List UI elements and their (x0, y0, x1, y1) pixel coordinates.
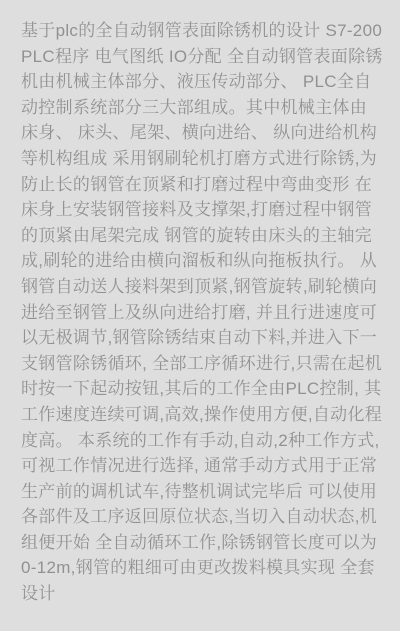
text-line: 各部件及工序返回原位状态,当切入自动状态,机 (21, 504, 386, 530)
text-line: 支钢管除锈循环, 全部工序循环进行,只需在起机 (21, 351, 386, 377)
text-line: 组便开始 全自动循环工作,除锈钢管长度可以为 (21, 530, 386, 556)
text-line: 以无极调节,钢管除锈结束自动下料,并进入下一 (21, 325, 386, 351)
text-line: 等机构组成 采用钢刷轮机打磨方式进行除锈,为 (21, 146, 386, 172)
text-line: 的顶紧由尾架完成 钢管的旋转由床头的主轴完 (21, 223, 386, 249)
text-line: 动控制系统部分三大部组成。其中机械主体由 (21, 95, 386, 121)
text-line: 机由机械主体部分、液压传动部分、 PLC全自 (21, 69, 386, 95)
text-line: 成,刷轮的进给由横向溜板和纵向拖板执行。 从 (21, 248, 386, 274)
text-line: 床身上安装钢管接料及支撑架,打磨过程中钢管 (21, 197, 386, 223)
text-line: 生产前的调机试车,待整机调试完毕后 可以使用 (21, 479, 386, 505)
text-line: 可视工作情况进行选择, 通常手动方式用于正常 (21, 453, 386, 479)
text-line: 钢管自动送人接料架到顶紧,钢管旋转,刷轮横向 (21, 274, 386, 300)
text-line: 设计 (21, 581, 386, 607)
document-page: 基于plc的全自动钢管表面除锈机的设计 S7-200 PLC程序 电气图纸 IO… (0, 0, 400, 631)
text-line: 度高。 本系统的工作有手动,自动,2种工作方式, (21, 428, 386, 454)
text-line: 时按一下起动按钮,其后的工作全由PLC控制, 其 (21, 376, 386, 402)
text-line: 床身、 床头、尾架、横向进给、 纵向进给机构 (21, 120, 386, 146)
text-line: PLC程序 电气图纸 IO分配 全自动钢管表面除锈 (21, 44, 386, 70)
text-line: 0-12m,钢管的粗细可由更改拨料模具实现 全套 (21, 555, 386, 581)
text-line: 工作速度连续可调,高效,操作使用方便,自动化程 (21, 402, 386, 428)
text-line: 基于plc的全自动钢管表面除锈机的设计 S7-200 (21, 18, 386, 44)
text-line: 防止长的钢管在顶紧和打磨过程中弯曲变形 在 (21, 172, 386, 198)
text-line: 进给至钢管上及纵向进给打磨, 并且行进速度可 (21, 300, 386, 326)
paragraph-text: 基于plc的全自动钢管表面除锈机的设计 S7-200 PLC程序 电气图纸 IO… (21, 18, 386, 607)
